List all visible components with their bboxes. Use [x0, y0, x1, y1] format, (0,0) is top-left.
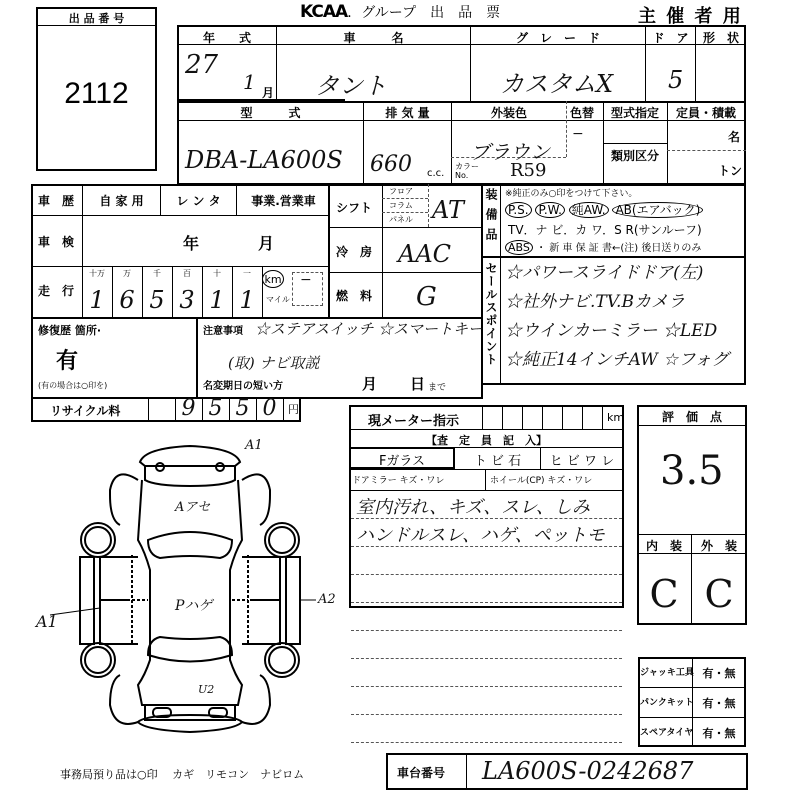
meter-unit: km — [607, 411, 624, 424]
month-value: 1 — [243, 70, 256, 94]
sales-point-item: ☆パワースライドドア(左) — [505, 258, 703, 283]
category-label: 類別区分 — [611, 147, 659, 164]
equip-ps[interactable]: P.S. — [505, 202, 532, 218]
mileage-unit-mile[interactable]: マイル — [266, 294, 290, 305]
displacement-label: 排 気 量 — [364, 104, 451, 121]
inspector-label: 【査 定 員 記 入】 — [349, 432, 624, 448]
recycle-label: リサイクル料 — [50, 402, 120, 419]
mark-hood: Aアセ — [175, 496, 210, 515]
name-change-until: まで — [428, 380, 446, 393]
mileage-digit: 1 — [232, 286, 262, 314]
year-label: 年 式 — [178, 29, 276, 46]
mileage-digit: 1 — [82, 286, 112, 314]
interior-label: 内 装 — [637, 537, 691, 554]
notes-line2: (取) ナビ取説 — [228, 352, 319, 373]
chassis-value: LA600S-0242687 — [482, 757, 693, 785]
lot-number: 2112 — [38, 77, 155, 111]
accessory-value[interactable]: 有・無 — [692, 725, 746, 741]
sales-points-label: セールスポイント — [483, 262, 500, 366]
color-change-label: 色替 — [570, 104, 594, 121]
shape-label: 形 状 — [696, 29, 746, 46]
recycle-digit: 5 — [229, 396, 256, 421]
mark-right-side: A2 — [318, 592, 336, 607]
mileage-digit-label: 百 — [172, 268, 202, 279]
equipment-label: 装備品 — [483, 188, 500, 248]
recycle-digit: 9 — [175, 396, 202, 421]
mileage-digit-label: 千 — [142, 268, 172, 279]
mileage-digit-label: 万 — [112, 268, 142, 279]
name-change-month: 月 — [362, 373, 377, 394]
score-value: 3.5 — [660, 448, 724, 494]
shift-value: AT — [432, 196, 464, 224]
mark-left-side: A1 — [36, 612, 58, 631]
header: KCAA．グループ 出 品 票 — [300, 2, 640, 22]
sales-point-item: ☆社外ナビ.TV.Bカメラ — [505, 287, 685, 312]
name-change-label: 名変期日の短い方 — [203, 377, 283, 392]
recycle-digit: 5 — [202, 396, 229, 421]
crack-label: ヒ ビ ワ レ — [540, 450, 624, 469]
mileage-label: 走 行 — [38, 282, 74, 299]
name-label: 車 名 — [277, 29, 470, 46]
color-change-value: − — [572, 126, 584, 142]
equipment-row2: TV．ナ ビ．カ ワ．S R(サンルーフ) — [508, 221, 702, 238]
notes-label: 注意事項 — [203, 322, 243, 337]
capacity-unit-people: 名 — [728, 128, 740, 145]
accessory-label: スペアタイヤ — [640, 725, 690, 738]
stone-chip-label: ト ビ 石 — [455, 450, 540, 469]
recycle-unit: 円 — [288, 401, 299, 417]
inspector-remark: 室内汚れ、キズ、スレ、しみ — [356, 493, 590, 519]
color-no-label: カラーNo. — [455, 162, 483, 180]
grade-label: グ レ ー ド — [471, 29, 645, 46]
mileage-digit: 6 — [112, 286, 142, 314]
fuel-label: 燃 料 — [336, 287, 372, 304]
history-option-rental[interactable]: レ ン タ — [161, 192, 236, 209]
inspection-month-unit: 月 — [258, 231, 274, 254]
equip-alloy-wheel[interactable]: 純AW. — [569, 202, 609, 218]
lot-box: 出 品 番 号 2112 — [36, 7, 157, 171]
mileage-digit: 3 — [172, 286, 202, 314]
capacity-unit-tons: トン — [718, 162, 742, 179]
fuel-value: G — [416, 282, 437, 312]
repair-note: (有の場合は○印を) — [38, 380, 107, 391]
chassis-label: 車台番号 — [397, 764, 445, 781]
score-label: 評 価 点 — [637, 408, 747, 425]
ac-label: 冷 房 — [336, 243, 372, 260]
front-glass-label: Fガラス — [349, 450, 455, 469]
equipment-row3: ABS ・ 新 車 保 証 書←(注) 後日送りのみ — [505, 239, 701, 254]
repair-label: 修復歴 箇所· — [38, 322, 101, 338]
mileage-digit-label: 十万 — [82, 268, 112, 279]
color-no-value: R59 — [510, 160, 546, 181]
inspection-label: 車 検 — [38, 233, 74, 250]
inspector-remark: ハンドルスレ、ハゲ、ペットモ — [356, 521, 605, 547]
name-change-day: 日 — [410, 373, 425, 394]
lot-label: 出 品 番 号 — [38, 10, 155, 26]
ac-value: AAC — [398, 240, 451, 268]
shift-position-floor: フロア — [389, 186, 413, 197]
exterior-value: C — [691, 572, 747, 616]
brand-logo: KCAA — [300, 2, 347, 22]
accessory-label: ジャッキ工具 — [640, 665, 690, 678]
sales-point-item: ☆ウインカーミラー ☆LED — [505, 316, 717, 341]
month-unit: 月 — [262, 84, 274, 101]
mileage-digit-label: 一 — [232, 268, 262, 279]
shift-position-panel: パネル — [389, 214, 413, 225]
accessory-label: パンクキット — [640, 695, 690, 708]
car-damage-diagram — [20, 430, 360, 740]
equipment-row1: P.S. P.W. 純AW. AB(エアバック) — [505, 201, 703, 218]
mileage-digit-label: 十 — [202, 268, 232, 279]
history-option-business[interactable]: 事業.営業車 — [237, 192, 330, 209]
mileage-digit: 1 — [202, 286, 232, 314]
doors-value: 5 — [668, 66, 683, 94]
history-label: 車 歴 — [38, 192, 74, 209]
model-value: DBA-LA600S — [185, 146, 343, 174]
equip-warranty: ・ 新 車 保 証 書←(注) 後日送りのみ — [536, 243, 701, 254]
notes-line1: ☆ステアスイッチ ☆スマートキー — [255, 318, 483, 339]
history-option-private[interactable]: 自 家 用 — [83, 192, 160, 209]
model-label: 型 式 — [178, 104, 363, 121]
mileage-digit: 5 — [142, 286, 172, 314]
mileage-extra: − — [300, 272, 312, 288]
office-items: 事務局預り品は○印 カギ リモコン ナビロム — [60, 766, 304, 782]
mark-rear: U2 — [198, 683, 214, 696]
equip-abs[interactable]: ABS — [505, 240, 533, 255]
sales-point-item: ☆純正14インチAW ☆フォグ — [505, 345, 729, 370]
recycle-digit: 0 — [256, 396, 283, 421]
inspection-year-unit: 年 — [183, 231, 199, 254]
name-value: タント — [315, 66, 387, 101]
capacity-label: 定員・積載 — [676, 104, 736, 121]
shift-position-column: コラム — [389, 200, 413, 211]
type-designation-label: 型式指定 — [611, 104, 659, 121]
mark-front-right: A1 — [245, 438, 263, 453]
form-title: ．グループ 出 品 票 — [347, 5, 500, 21]
interior-value: C — [637, 572, 691, 616]
equipment-note: ※純正のみ○印をつけて下さい。 — [505, 186, 637, 199]
exterior-label: 外 装 — [691, 537, 747, 554]
equip-pw[interactable]: P.W. — [535, 202, 564, 218]
mark-roof: Pハゲ — [175, 595, 212, 615]
repair-value[interactable]: 有 — [56, 344, 78, 375]
accessory-value[interactable]: 有・無 — [692, 695, 746, 711]
year-value: 27 — [185, 50, 218, 80]
displacement-unit: c.c. — [427, 168, 444, 179]
grade-value: カスタムX — [500, 64, 613, 99]
wheel-label: ホイール(CP) キズ・ワレ — [490, 473, 592, 486]
door-mirror-label: ドアミラー キズ・ワレ — [352, 473, 444, 486]
equip-airbag[interactable]: AB(エアバック) — [612, 202, 703, 218]
displacement-value: 660 — [370, 152, 412, 177]
mileage-unit-km[interactable]: km — [262, 270, 284, 288]
accessory-value[interactable]: 有・無 — [692, 665, 746, 681]
color-label: 外装色 — [452, 104, 566, 121]
doors-label: ド ア — [646, 29, 695, 46]
meter-label: 現メーター指示 — [368, 410, 459, 429]
shift-label: シフト — [336, 199, 372, 216]
